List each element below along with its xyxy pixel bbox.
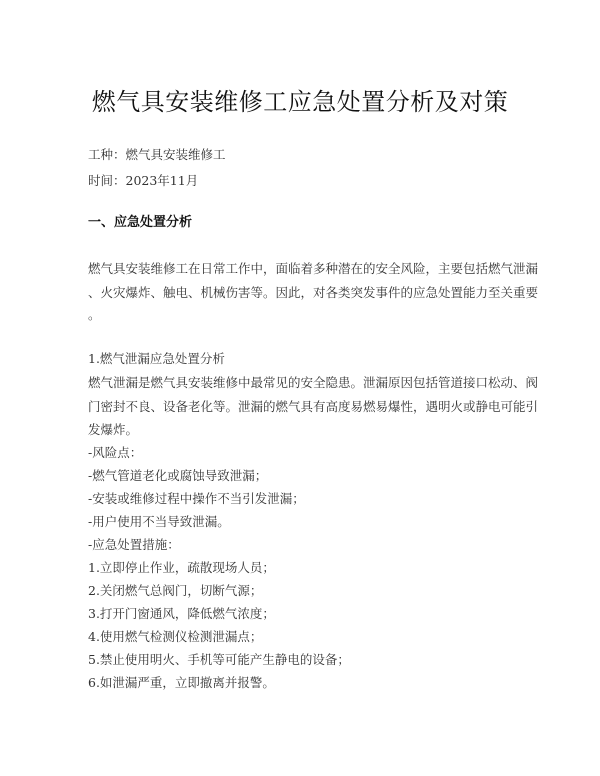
measure-item: 5.禁止使用明火、手机等可能产生静电的设备；: [88, 651, 350, 669]
measure-item: 4.使用燃气检测仪检测泄漏点；: [88, 628, 262, 646]
measures-heading: -应急处置措施：: [88, 536, 180, 554]
job-type: 工种：燃气具安装维修工: [88, 146, 226, 164]
section-heading: 一、应急处置分析: [88, 214, 192, 232]
measure-item: 2.关闭燃气总阀门，切断气源；: [88, 582, 262, 600]
measure-item: 6.如泄漏严重，立即撤离并报警。: [88, 674, 275, 692]
body-line: 燃气泄漏是燃气具安装维修中最常见的安全隐患。泄漏原因包括管道接口松动、阀: [88, 374, 538, 392]
intro-line: 燃气具安装维修工在日常工作中，面临着多种潜在的安全风险，主要包括燃气泄漏: [88, 260, 538, 278]
subsection-heading: 1.燃气泄漏应急处置分析: [88, 350, 225, 368]
risk-heading: -风险点：: [88, 444, 142, 462]
body-line: 发爆炸。: [88, 421, 138, 439]
date: 时间：2023年11月: [88, 172, 198, 190]
risk-item: -用户使用不当导致泄漏。: [88, 513, 230, 531]
intro-line: 。: [88, 306, 101, 324]
measure-item: 1.立即停止作业，疏散现场人员；: [88, 559, 275, 577]
risk-item: -燃气管道老化或腐蚀导致泄漏；: [88, 467, 267, 485]
document-title: 燃气具安装维修工应急处置分析及对策: [0, 84, 600, 120]
body-line: 门密封不良、设备老化等。泄漏的燃气具有高度易燃易爆性，遇明火或静电可能引: [88, 398, 538, 416]
intro-line: 、火灾爆炸、触电、机械伤害等。因此，对各类突发事件的应急处置能力至关重要: [88, 284, 538, 302]
measure-item: 3.打开门窗通风，降低燃气浓度；: [88, 605, 275, 623]
risk-item: -安装或维修过程中操作不当引发泄漏；: [88, 490, 305, 508]
